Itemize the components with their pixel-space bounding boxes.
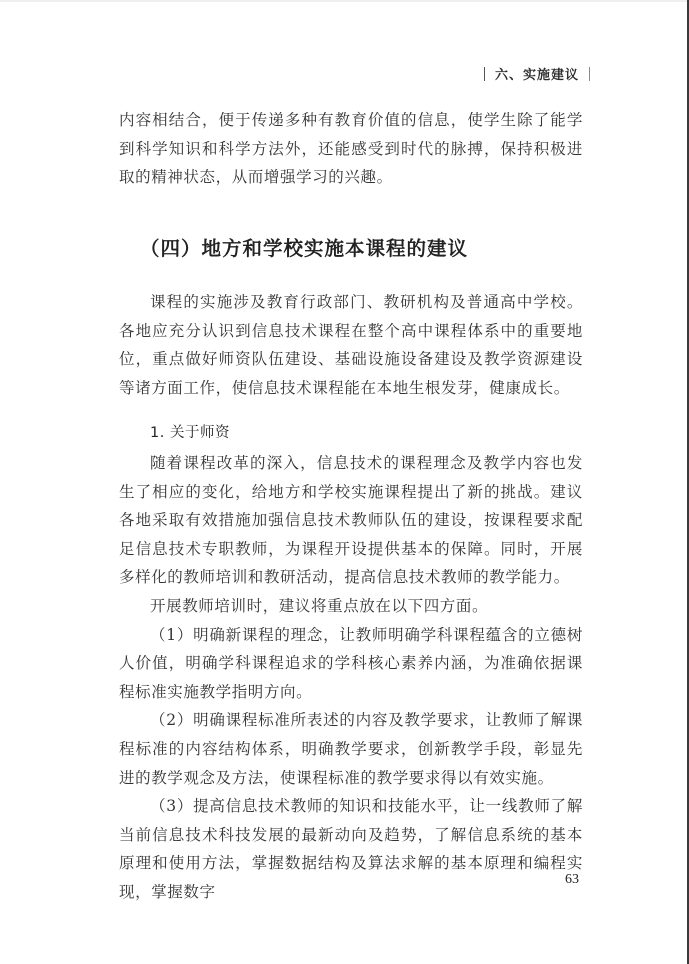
running-head-left-bar (484, 67, 485, 81)
subsection-body: 随着课程改革的深入，信息技术的课程理念及教学内容也发生了相应的变化，给地方和学校… (119, 449, 583, 907)
section-title: （四）地方和学校实施本课程的建议 (140, 233, 468, 261)
subsection-title: 1. 关于师资 (150, 421, 230, 442)
page-number: 63 (565, 872, 579, 888)
section-intro-paragraph: 课程的实施涉及教育行政部门、教研机构及普通高中学校。各地应充分认识到信息技术课程… (119, 288, 583, 402)
running-head-title: 六、实施建议 (495, 64, 579, 83)
intro-text-block: 内容相结合，便于传递多种有教育价值的信息，使学生除了能学到科学知识和科学方法外，… (119, 106, 583, 192)
intro-paragraph: 内容相结合，便于传递多种有教育价值的信息，使学生除了能学到科学知识和科学方法外，… (119, 106, 583, 192)
running-head: 六、实施建议 (474, 64, 600, 83)
list-item-3: （3）提高信息技术教师的知识和技能水平，让一线教师了解当前信息技术科技发展的最新… (119, 792, 583, 906)
section-intro-block: 课程的实施涉及教育行政部门、教研机构及普通高中学校。各地应充分认识到信息技术课程… (119, 288, 583, 402)
paragraph-training-focus: 开展教师培训时，建议将重点放在以下四方面。 (119, 592, 583, 621)
running-head-right-bar (589, 67, 590, 81)
list-item-1: （1）明确新课程的理念，让教师明确学科课程蕴含的立德树人价值，明确学科课程追求的… (119, 621, 583, 707)
paragraph-teacher-team: 随着课程改革的深入，信息技术的课程理念及教学内容也发生了相应的变化，给地方和学校… (119, 449, 583, 592)
top-edge-shadow (0, 0, 687, 2)
list-item-2: （2）明确课程标准所表述的内容及教学要求，让教师了解课程标准的内容结构体系，明确… (119, 706, 583, 792)
